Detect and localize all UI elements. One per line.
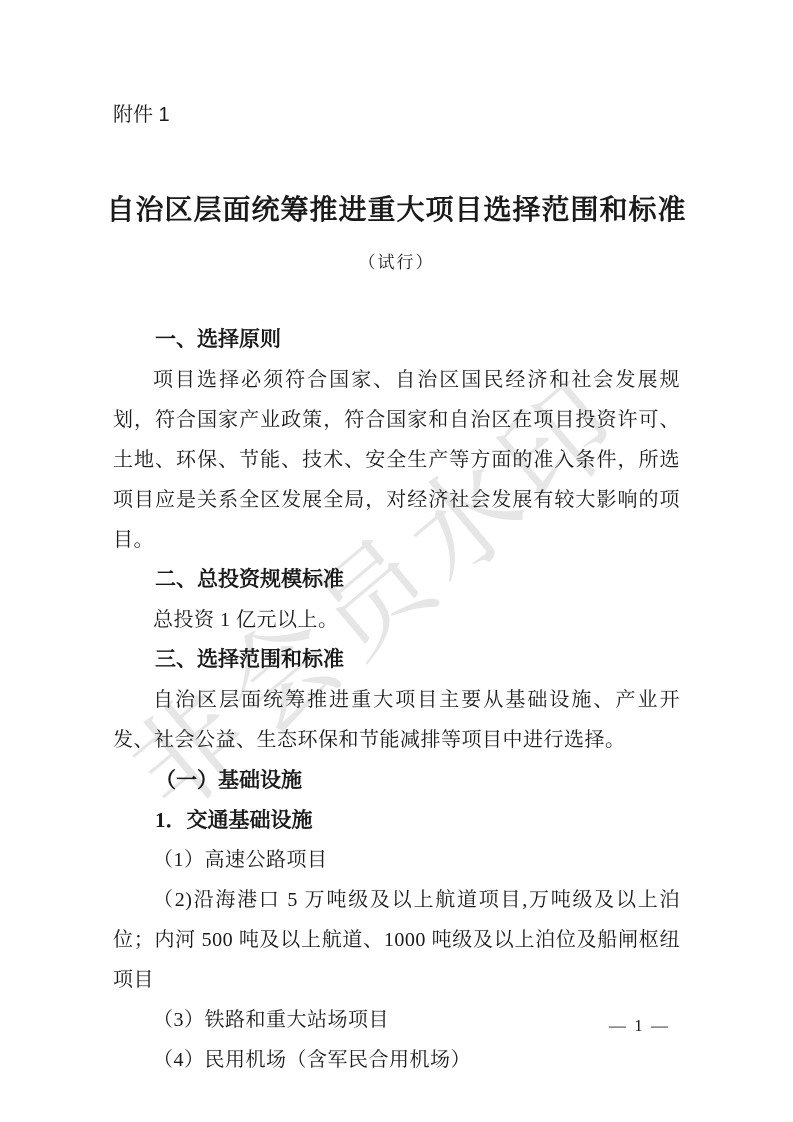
attachment-label: 附件 1 bbox=[113, 98, 170, 127]
subsection-heading-infrastructure: （一）基础设施 bbox=[113, 760, 680, 800]
document-subtitle: （试行） bbox=[0, 248, 793, 273]
document-content: 附件 1 自治区层面统筹推进重大项目选择范围和标准 （试行） 一、选择原则 项目… bbox=[0, 0, 793, 1122]
section-heading-2: 二、总投资规模标准 bbox=[113, 560, 680, 600]
document-title: 自治区层面统筹推进重大项目选择范围和标准 bbox=[0, 188, 793, 228]
paragraph-principles: 项目选择必须符合国家、自治区国民经济和社会发展规划，符合国家产业政策，符合国家和… bbox=[113, 360, 680, 560]
document-page: 非会员水印 附件 1 自治区层面统筹推进重大项目选择范围和标准 （试行） 一、选… bbox=[0, 0, 793, 1122]
page-number: — 1 — bbox=[609, 1016, 670, 1036]
section-heading-3: 三、选择范围和标准 bbox=[113, 640, 680, 680]
document-body: 一、选择原则 项目选择必须符合国家、自治区国民经济和社会发展规划，符合国家产业政… bbox=[113, 320, 680, 1080]
subsection-heading-transport: 1．交通基础设施 bbox=[113, 800, 680, 840]
list-item-airport: （4）民用机场（含军民合用机场） bbox=[113, 1040, 680, 1080]
list-item-railway: （3）铁路和重大站场项目 bbox=[113, 1000, 680, 1040]
paragraph-scope: 自治区层面统筹推进重大项目主要从基础设施、产业开发、社会公益、生态环保和节能减排… bbox=[113, 680, 680, 760]
list-item-highway: （1）高速公路项目 bbox=[113, 840, 680, 880]
paragraph-investment: 总投资 1 亿元以上。 bbox=[113, 600, 680, 640]
section-heading-1: 一、选择原则 bbox=[113, 320, 680, 360]
list-item-port: （2)沿海港口 5 万吨级及以上航道项目,万吨级及以上泊位；内河 500 吨及以… bbox=[113, 880, 680, 1000]
